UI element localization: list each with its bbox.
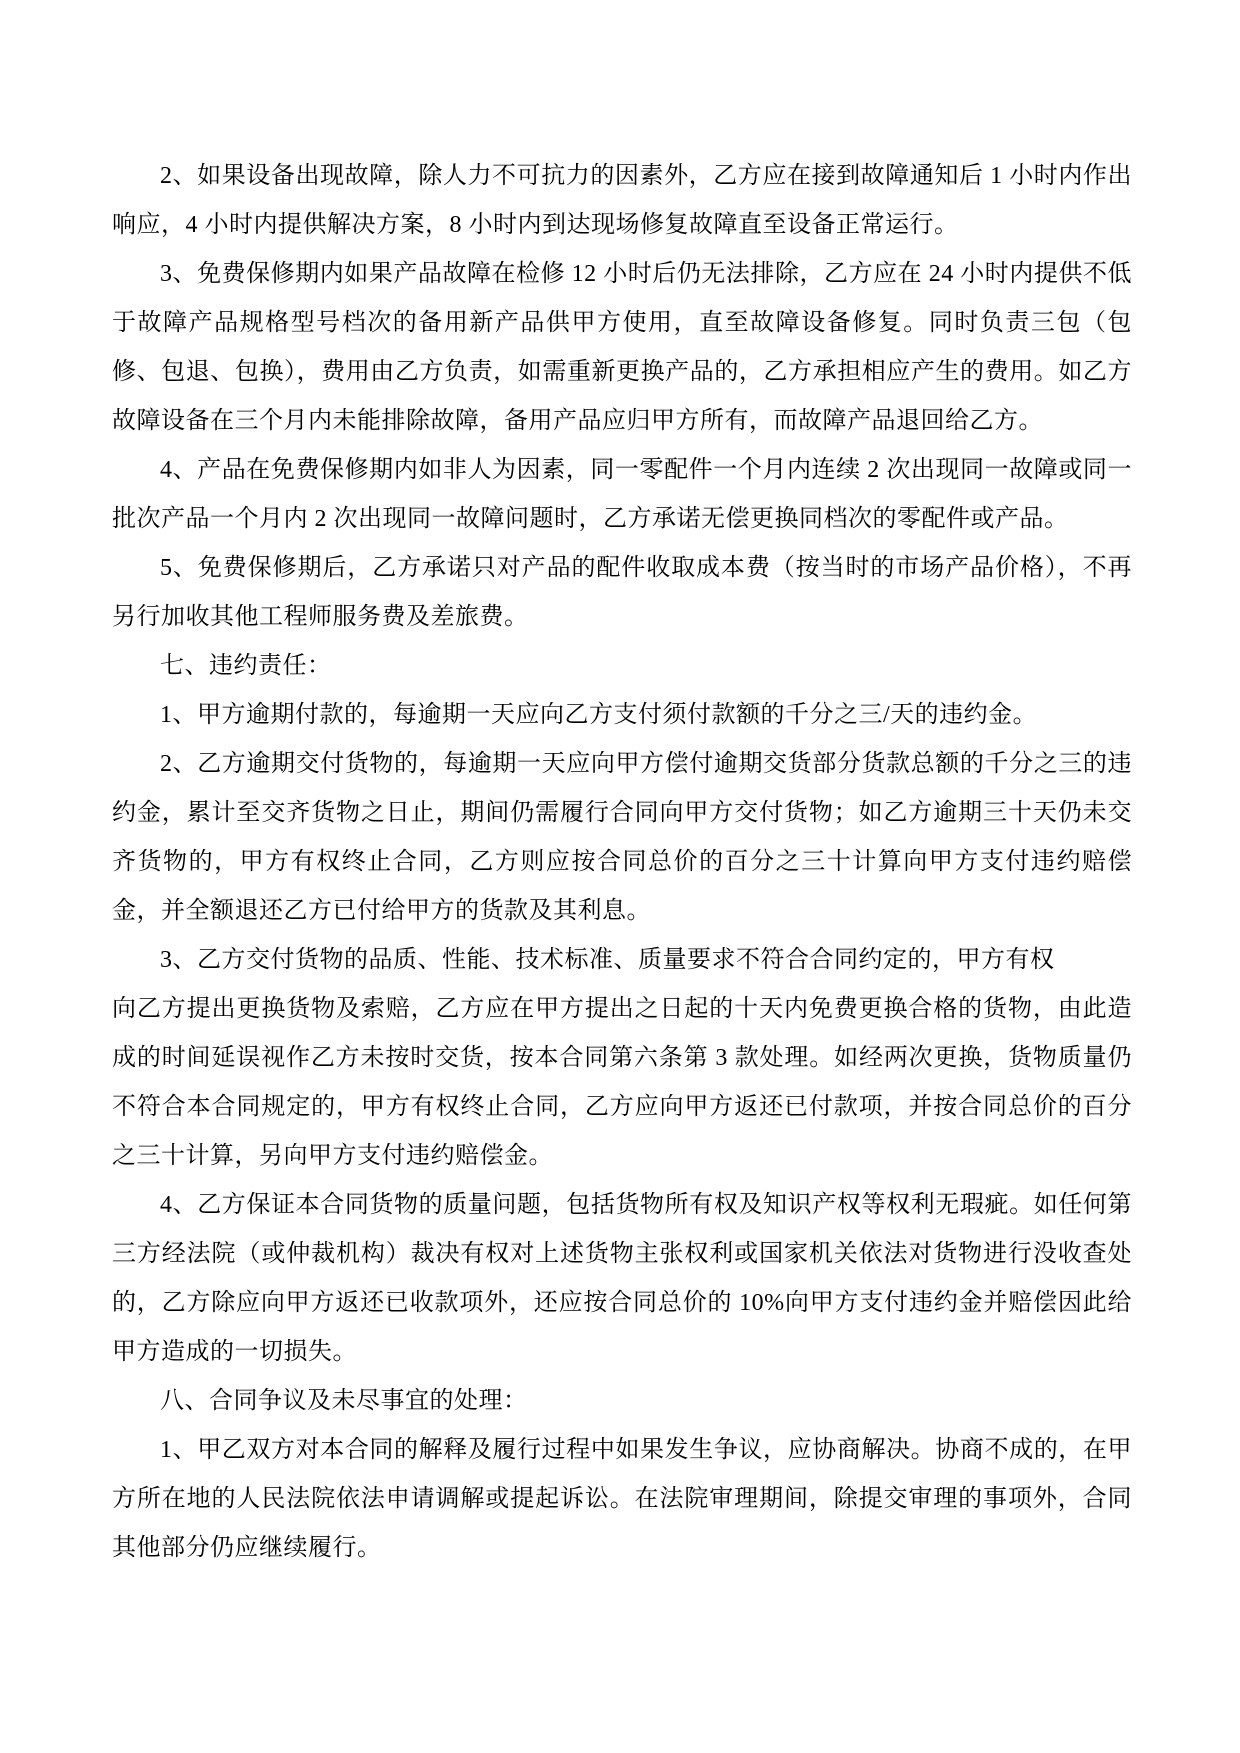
- contract-paragraph: 2、如果设备出现故障，除人力不可抗力的因素外，乙方应在接到故障通知后 1 小时内…: [112, 152, 1132, 250]
- contract-paragraph: 3、免费保修期内如果产品故障在检修 12 小时后仍无法排除，乙方应在 24 小时…: [112, 250, 1132, 446]
- contract-paragraph: 2、乙方逾期交付货物的，每逾期一天应向甲方偿付逾期交货部分货款总额的千分之三的违…: [112, 740, 1132, 936]
- document-page: 2、如果设备出现故障，除人力不可抗力的因素外，乙方应在接到故障通知后 1 小时内…: [0, 0, 1240, 1753]
- contract-paragraph: 八、合同争议及未尽事宜的处理：: [112, 1377, 1132, 1426]
- contract-paragraph: 向乙方提出更换货物及索赔，乙方应在甲方提出之日起的十天内免费更换合格的货物，由此…: [112, 985, 1132, 1181]
- contract-paragraph: 1、甲方逾期付款的，每逾期一天应向乙方支付须付款额的千分之三/天的违约金。: [112, 691, 1132, 740]
- contract-paragraph: 5、免费保修期后，乙方承诺只对产品的配件收取成本费（按当时的市场产品价格），不再…: [112, 544, 1132, 642]
- contract-body: 2、如果设备出现故障，除人力不可抗力的因素外，乙方应在接到故障通知后 1 小时内…: [112, 152, 1132, 1573]
- contract-paragraph: 4、乙方保证本合同货物的质量问题，包括货物所有权及知识产权等权利无瑕疵。如任何第…: [112, 1181, 1132, 1377]
- contract-paragraph: 1、甲乙双方对本合同的解释及履行过程中如果发生争议，应协商解决。协商不成的，在甲…: [112, 1426, 1132, 1573]
- contract-paragraph: 4、产品在免费保修期内如非人为因素，同一零配件一个月内连续 2 次出现同一故障或…: [112, 446, 1132, 544]
- contract-paragraph: 七、违约责任：: [112, 642, 1132, 691]
- contract-paragraph: 3、乙方交付货物的品质、性能、技术标准、质量要求不符合合同约定的，甲方有权: [112, 936, 1132, 985]
